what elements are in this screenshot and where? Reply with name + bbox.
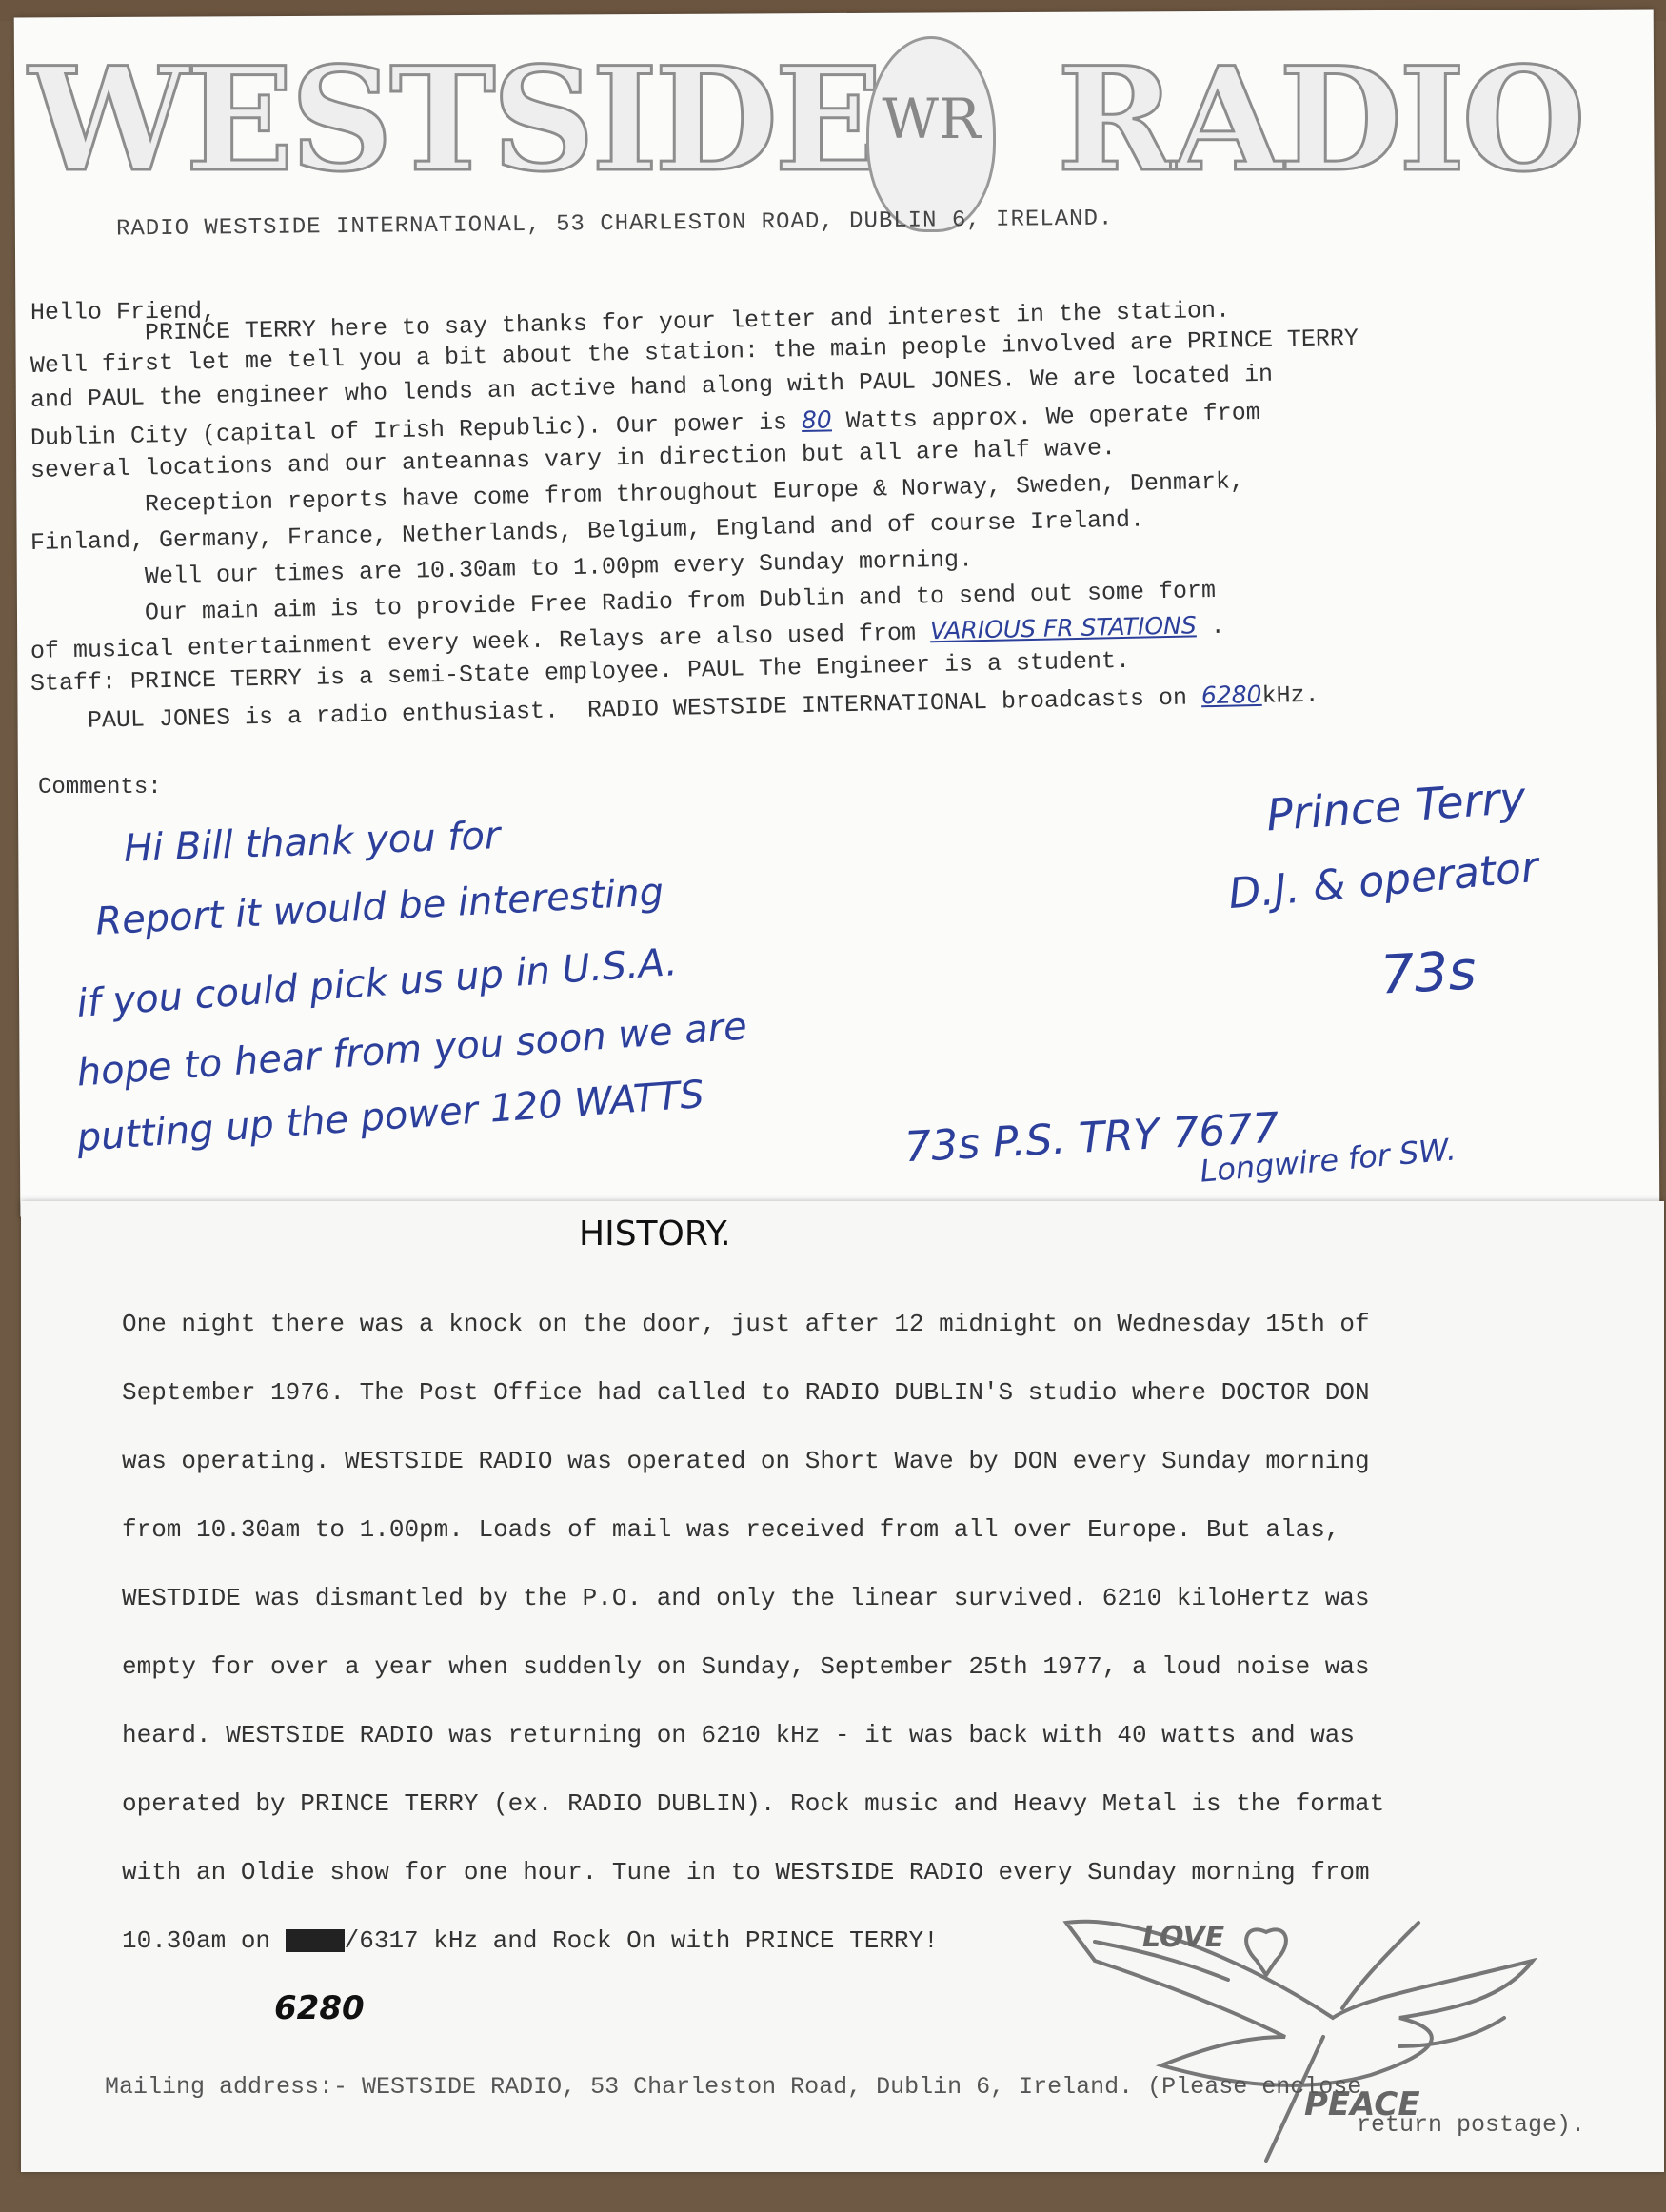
history-line: September 1976. The Post Office had call… [122,1378,1370,1407]
history-line: operated by PRINCE TERRY (ex. RADIO DUBL… [122,1789,1384,1818]
handwritten-frequency: 6280 [274,1989,365,2027]
frequency-value: 6280 [1201,681,1262,709]
logo-westside: WESTSIDE [29,36,880,204]
history-line: from 10.30am to 1.00pm. Loads of mail wa… [122,1515,1339,1544]
history-line: with an Oldie show for one hour. Tune in… [122,1858,1370,1886]
logo-radio: RADIO [1057,36,1582,204]
relay-value: VARIOUS FR STATIONS [930,611,1197,644]
letterhead-logo: WESTSIDE WR RADIO [29,17,1580,207]
mailing-address: Mailing address:- WESTSIDE RADIO, 53 Cha… [105,2073,1361,2101]
history-line: was operating. WESTSIDE RADIO was operat… [122,1447,1370,1475]
history-line: empty for over a year when suddenly on S… [122,1652,1370,1681]
emblem-shield-icon: WR [866,36,996,232]
history-line: heard. WESTSIDE RADIO was returning on 6… [122,1721,1355,1749]
power-value: 80 [802,405,832,434]
signature-73s: 73s [1378,939,1478,1006]
mailing-address-continued: return postage). [1357,2111,1585,2139]
comments-label: Comments: [38,775,162,800]
history-line: WESTDIDE was dismantled by the P.O. and … [122,1584,1370,1612]
history-last-line: 10.30am on /6317 kHz and Rock On with PR… [122,1926,939,1955]
svg-text:LOVE: LOVE [1142,1921,1225,1954]
redacted-frequency [286,1929,345,1952]
history-title: HISTORY. [579,1215,731,1254]
history-line: One night there was a knock on the door,… [122,1310,1370,1338]
